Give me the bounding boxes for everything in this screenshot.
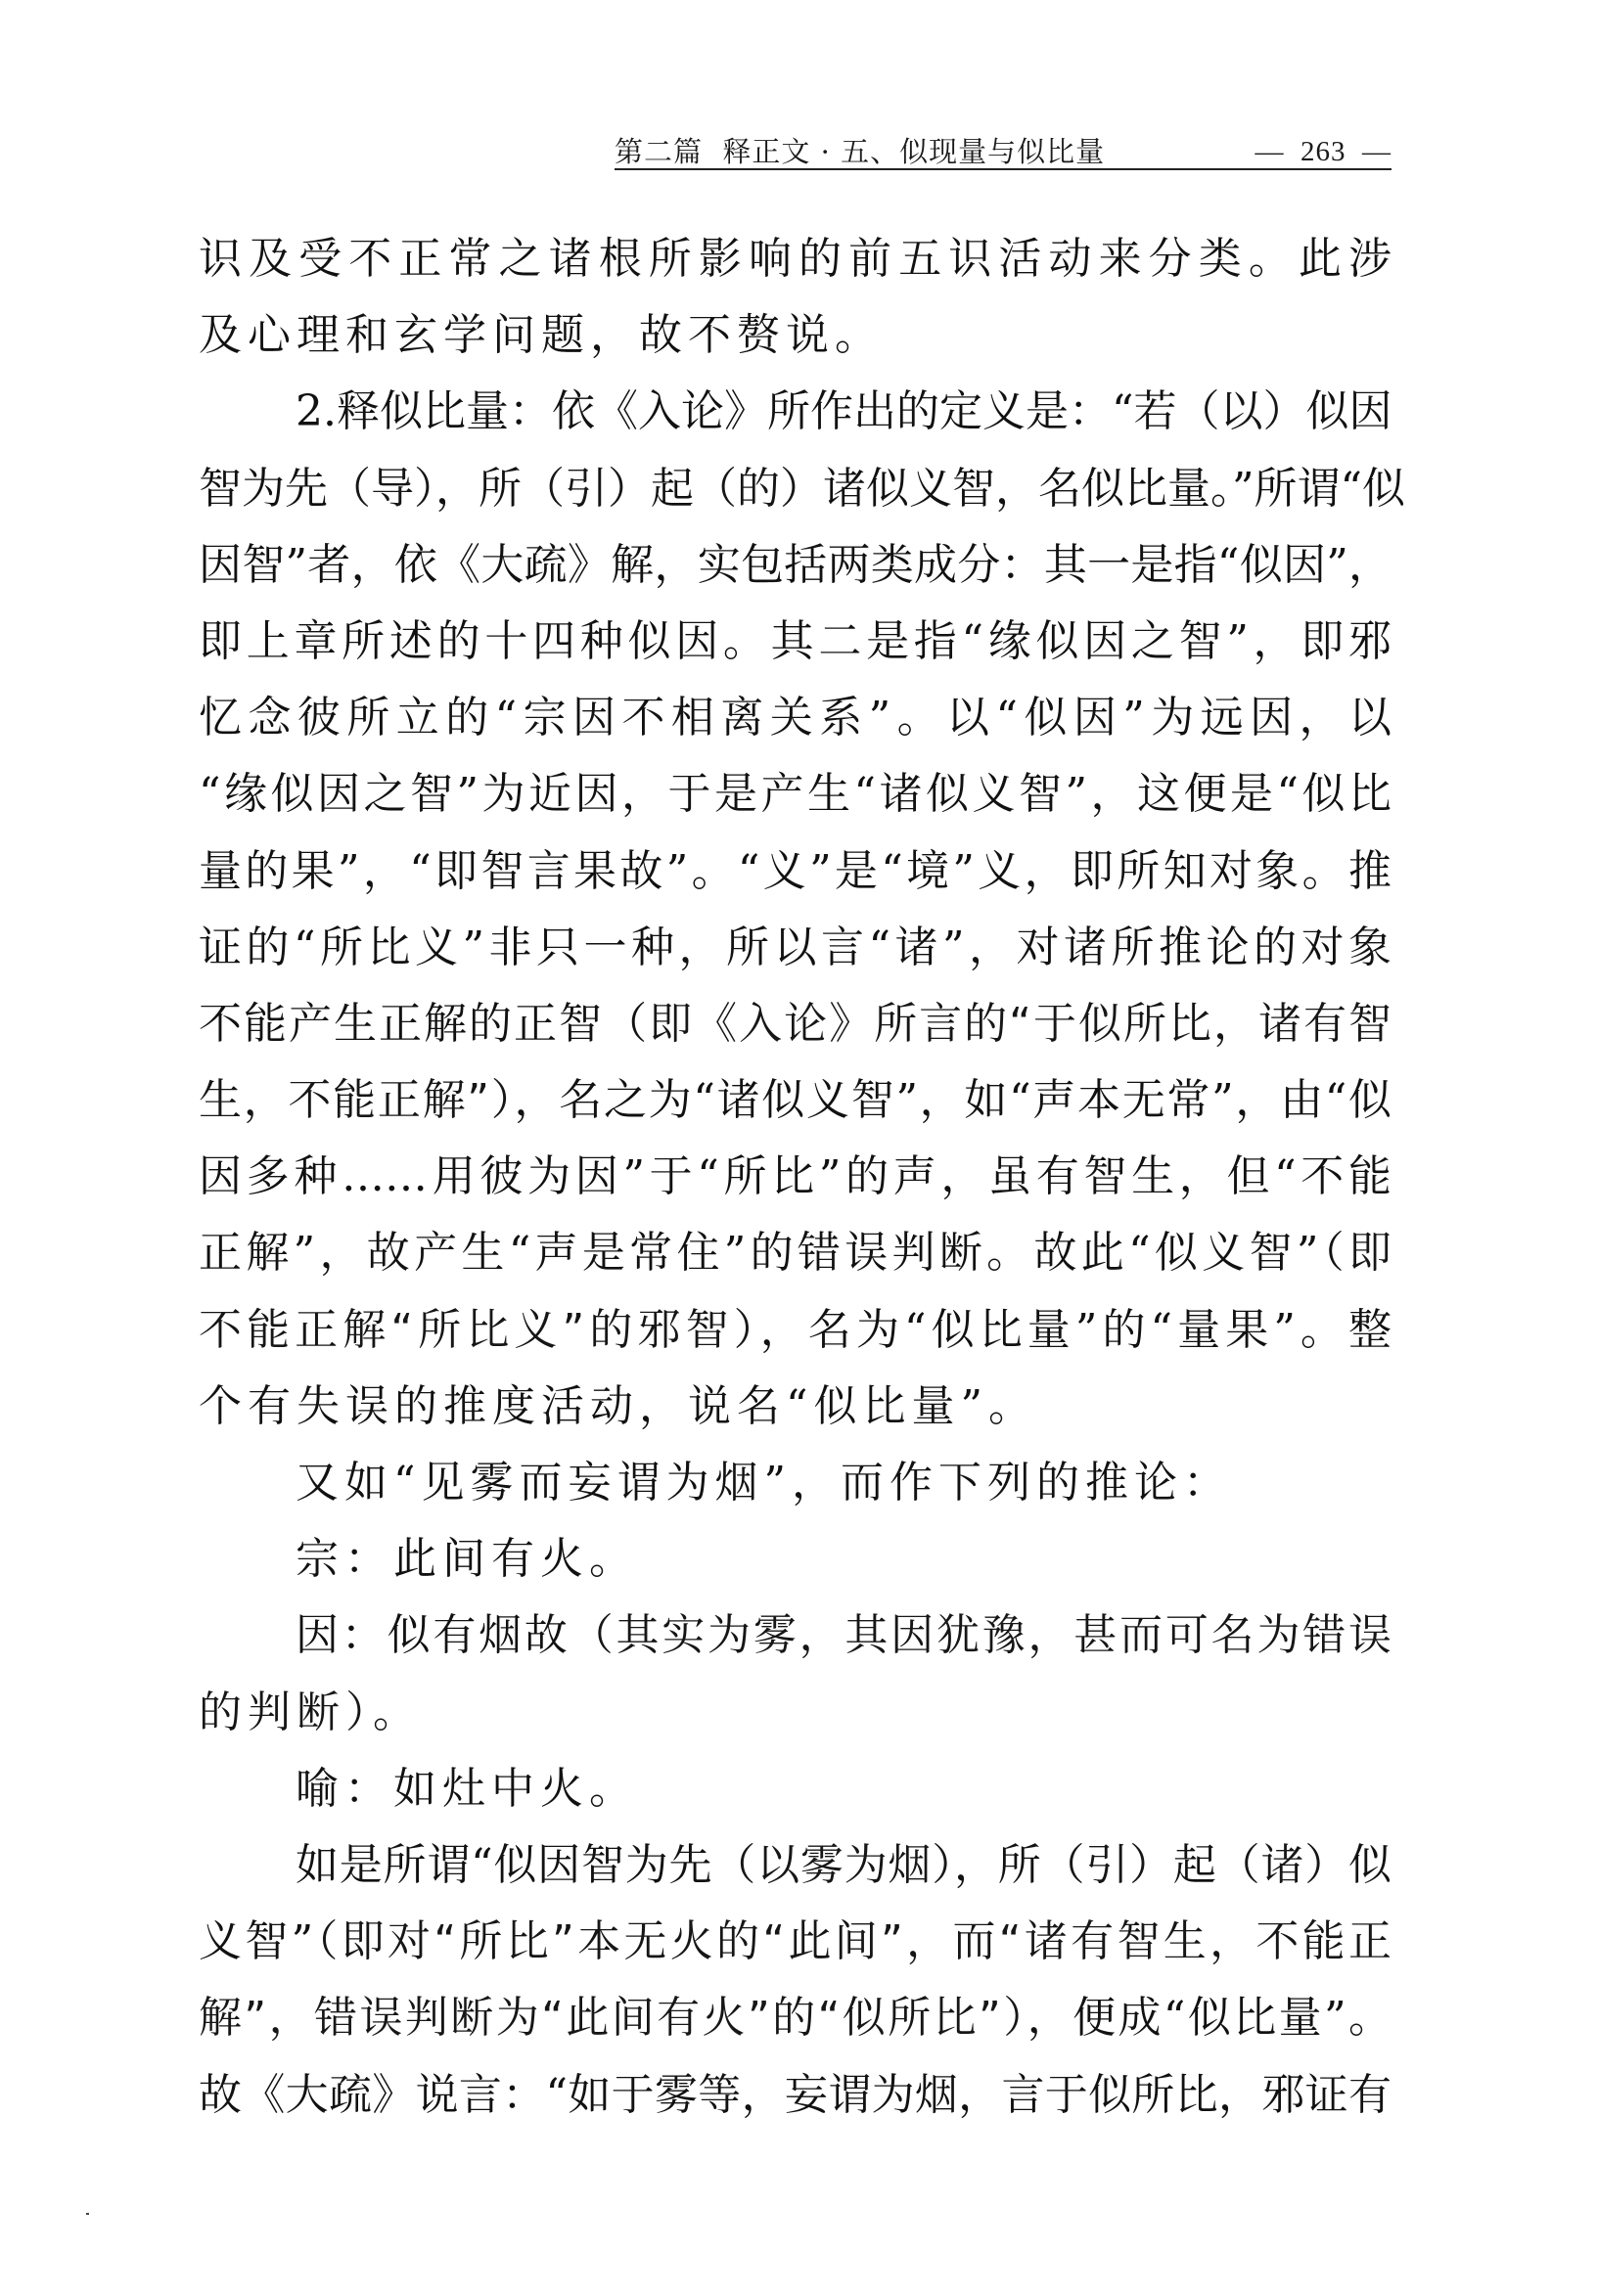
scan-speck (86, 2213, 89, 2215)
body-text-run: 及心理和玄学问题，故不赘说。 (199, 310, 884, 360)
body-text-run: 个有失误的推度活动，说名“似比量”。 (199, 1381, 1037, 1431)
text-line: 因多种……用彼为因”于“所比”的声，虽有智生，但“不能 (199, 1139, 1392, 1215)
text-line: 不能正解“所比义”的邪智），名为“似比量”的“量果”。整 (199, 1292, 1392, 1369)
annotation-text: 即 (1348, 1228, 1392, 1278)
text-line: 解”，错误判断为“此间有火”的“似所比”），便成“似比量”。 (199, 1980, 1392, 2056)
annotation-text: 生，不能正解”） (199, 1075, 515, 1125)
text-line: “缘似因之智”为近因，于是产生“诸似义智”，这便是“似比 (199, 756, 1392, 833)
body-text-run: 似 (1348, 1840, 1392, 1890)
body-text-run: 证的“所比义”非只一种，所以言“诸”，对诸所推论的对象 (199, 923, 1392, 972)
body-text-run: 起 (651, 464, 694, 514)
running-head: 第二篇 释正文 · 五、似现量与似比量 — 263 — (615, 125, 1392, 168)
body-text-run: 宗：此间有火。 (296, 1534, 638, 1584)
body-text-run: 喻：如灶中火。 (296, 1764, 638, 1814)
annotation-text: （引） (522, 464, 651, 514)
annotation-text: （以） (1176, 386, 1305, 436)
text-line: 识及受不正常之诸根所影响的前五识活动来分类。此涉 (199, 221, 1392, 297)
body-text-run: ，便成“似比量”。 (1027, 1993, 1392, 2043)
text-line: 及心理和玄学问题，故不赘说。 (199, 297, 1392, 374)
text-line: 义智”（即对“所比”本无火的“此间”，而“诸有智生，不能正 (199, 1904, 1392, 1980)
text-line: 又如“见雾而妄谓为烟”，而作下列的推论： (199, 1445, 1392, 1521)
annotation-text: 即《入论》所言的“于似所比，诸有智 (649, 999, 1392, 1049)
body-text-run: 如是所谓“似因智为先 (296, 1840, 712, 1890)
text-line: 如是所谓“似因智为先（以雾为烟），所（引）起（诸）似 (199, 1827, 1392, 1904)
body-text-run: ，所 (954, 1840, 1042, 1890)
body-text-run: ，名之为“诸似义智”，如“声本无常”，由“似 (515, 1075, 1392, 1125)
annotation-text: 解”，错误判断为“此间有火”的“似所比”） (199, 1993, 1027, 2043)
text-line: 生，不能正解”），名之为“诸似义智”，如“声本无常”，由“似 (199, 1062, 1392, 1139)
body-text-run: 2.释似比量：依《入论》所作出的定义是：“若 (296, 386, 1176, 436)
body-text-run: 识及受不正常之诸根所影响的前五识活动来分类。此涉 (199, 234, 1392, 284)
text-line: 因：似有烟故（其实为雾，其因犹豫，甚而可名为错误 (199, 1598, 1392, 1674)
running-head-title: 第二篇 释正文 · 五、似现量与似比量 (615, 135, 1105, 168)
text-line: 故《大疏》说言：“如于雾等，妄谓为烟，言于似所比，邪证有 (199, 2057, 1392, 2134)
text-line: 即上章所述的十四种似因。其二是指“缘似因之智”，即邪 (199, 604, 1392, 680)
body-text-run: 义智” (199, 1916, 313, 1966)
text-line: 量的果”，“即智言果故”。“义”是“境”义，即所知对象。推 (199, 833, 1392, 910)
body-text-run: 诸似义智，名似比量。”所谓“似 (823, 464, 1405, 514)
text-line: 证的“所比义”非只一种，所以言“诸”，对诸所推论的对象 (199, 910, 1392, 986)
text-line: 喻：如灶中火。 (199, 1751, 1392, 1827)
text-line: 宗：此间有火。 (199, 1521, 1392, 1598)
text-line: 2.释似比量：依《入论》所作出的定义是：“若（以）似因 (199, 374, 1392, 450)
text-line: 不能产生正解的正智（即《入论》所言的“于似所比，诸有智 (199, 986, 1392, 1062)
annotation-text: 的判断） (199, 1688, 373, 1737)
body-text-run: 正解”，故产生“声是常住”的错误判断。故此“似义智”（ (199, 1228, 1348, 1278)
book-page: 第二篇 释正文 · 五、似现量与似比量 — 263 — 识及受不正常之诸根所影响… (0, 0, 1597, 2296)
body-text-run: 故《大疏》说言：“如于雾等，妄谓为烟，言于似所比，邪证有 (199, 2070, 1392, 2120)
annotation-text: （以雾为烟） (712, 1840, 954, 1890)
annotation-text: （即对“所比”本无火的“此间”，而“诸有智生，不能正 (313, 1916, 1392, 1966)
body-text-run: 起 (1173, 1840, 1217, 1890)
text-line: 智为先（导），所（引）起（的）诸似义智，名似比量。”所谓“似 (199, 451, 1392, 527)
body-text-run: 又如“见雾而妄谓为烟”，而作下列的推论： (296, 1458, 1232, 1508)
annotation-text: （引） (1042, 1840, 1173, 1890)
text-line: 的判断）。 (199, 1675, 1392, 1751)
text-line: 忆念彼所立的“宗因不相离关系”。以“似因”为远因，以 (199, 680, 1392, 756)
body-text-run: 不能产生正解的正智（ (199, 999, 649, 1049)
body-text-run: 因：似有烟故 (296, 1610, 570, 1660)
annotation-text: 不能正解“所比义”的邪智） (199, 1305, 760, 1355)
annotation-text: （诸） (1217, 1840, 1348, 1890)
page-number: — 263 — (1255, 135, 1392, 168)
text-line: 因智”者，依《大疏》解，实包括两类成分：其一是指“似因”， (199, 527, 1392, 604)
body-text-run: “缘似因之智”为近因，于是产生“诸似义智”，这便是“似比 (199, 769, 1392, 819)
annotation-text: （导） (328, 464, 435, 514)
body-text-run: 智为先 (199, 464, 328, 514)
body-text-run: 因多种……用彼为因”于“所比”的声，虽有智生，但“不能 (199, 1151, 1392, 1201)
body-text-run: ，所 (435, 464, 522, 514)
body-text-run: 。 (373, 1688, 422, 1737)
body-text: 识及受不正常之诸根所影响的前五识活动来分类。此涉及心理和玄学问题，故不赘说。2.… (199, 221, 1392, 2134)
header-rule (615, 168, 1392, 170)
annotation-text: （其实为雾，其因犹豫，甚而可名为错误 (570, 1610, 1392, 1660)
body-text-run: 量的果”，“即智言果故”。“义”是“境”义，即所知对象。推 (199, 846, 1392, 896)
body-text-run: ，名为“似比量”的“量果”。整 (760, 1305, 1392, 1355)
body-text-run: 忆念彼所立的“宗因不相离关系”。以“似因”为远因，以 (199, 693, 1392, 743)
body-text-run: 即上章所述的十四种似因。其二是指“缘似因之智”，即邪 (199, 616, 1392, 666)
annotation-text: （的） (694, 464, 823, 514)
text-line: 正解”，故产生“声是常住”的错误判断。故此“似义智”（即 (199, 1215, 1392, 1291)
text-line: 个有失误的推度活动，说名“似比量”。 (199, 1369, 1392, 1445)
body-text-run: 似因 (1305, 386, 1392, 436)
body-text-run: 因智”者，依《大疏》解，实包括两类成分：其一是指“似因”， (199, 540, 1392, 590)
